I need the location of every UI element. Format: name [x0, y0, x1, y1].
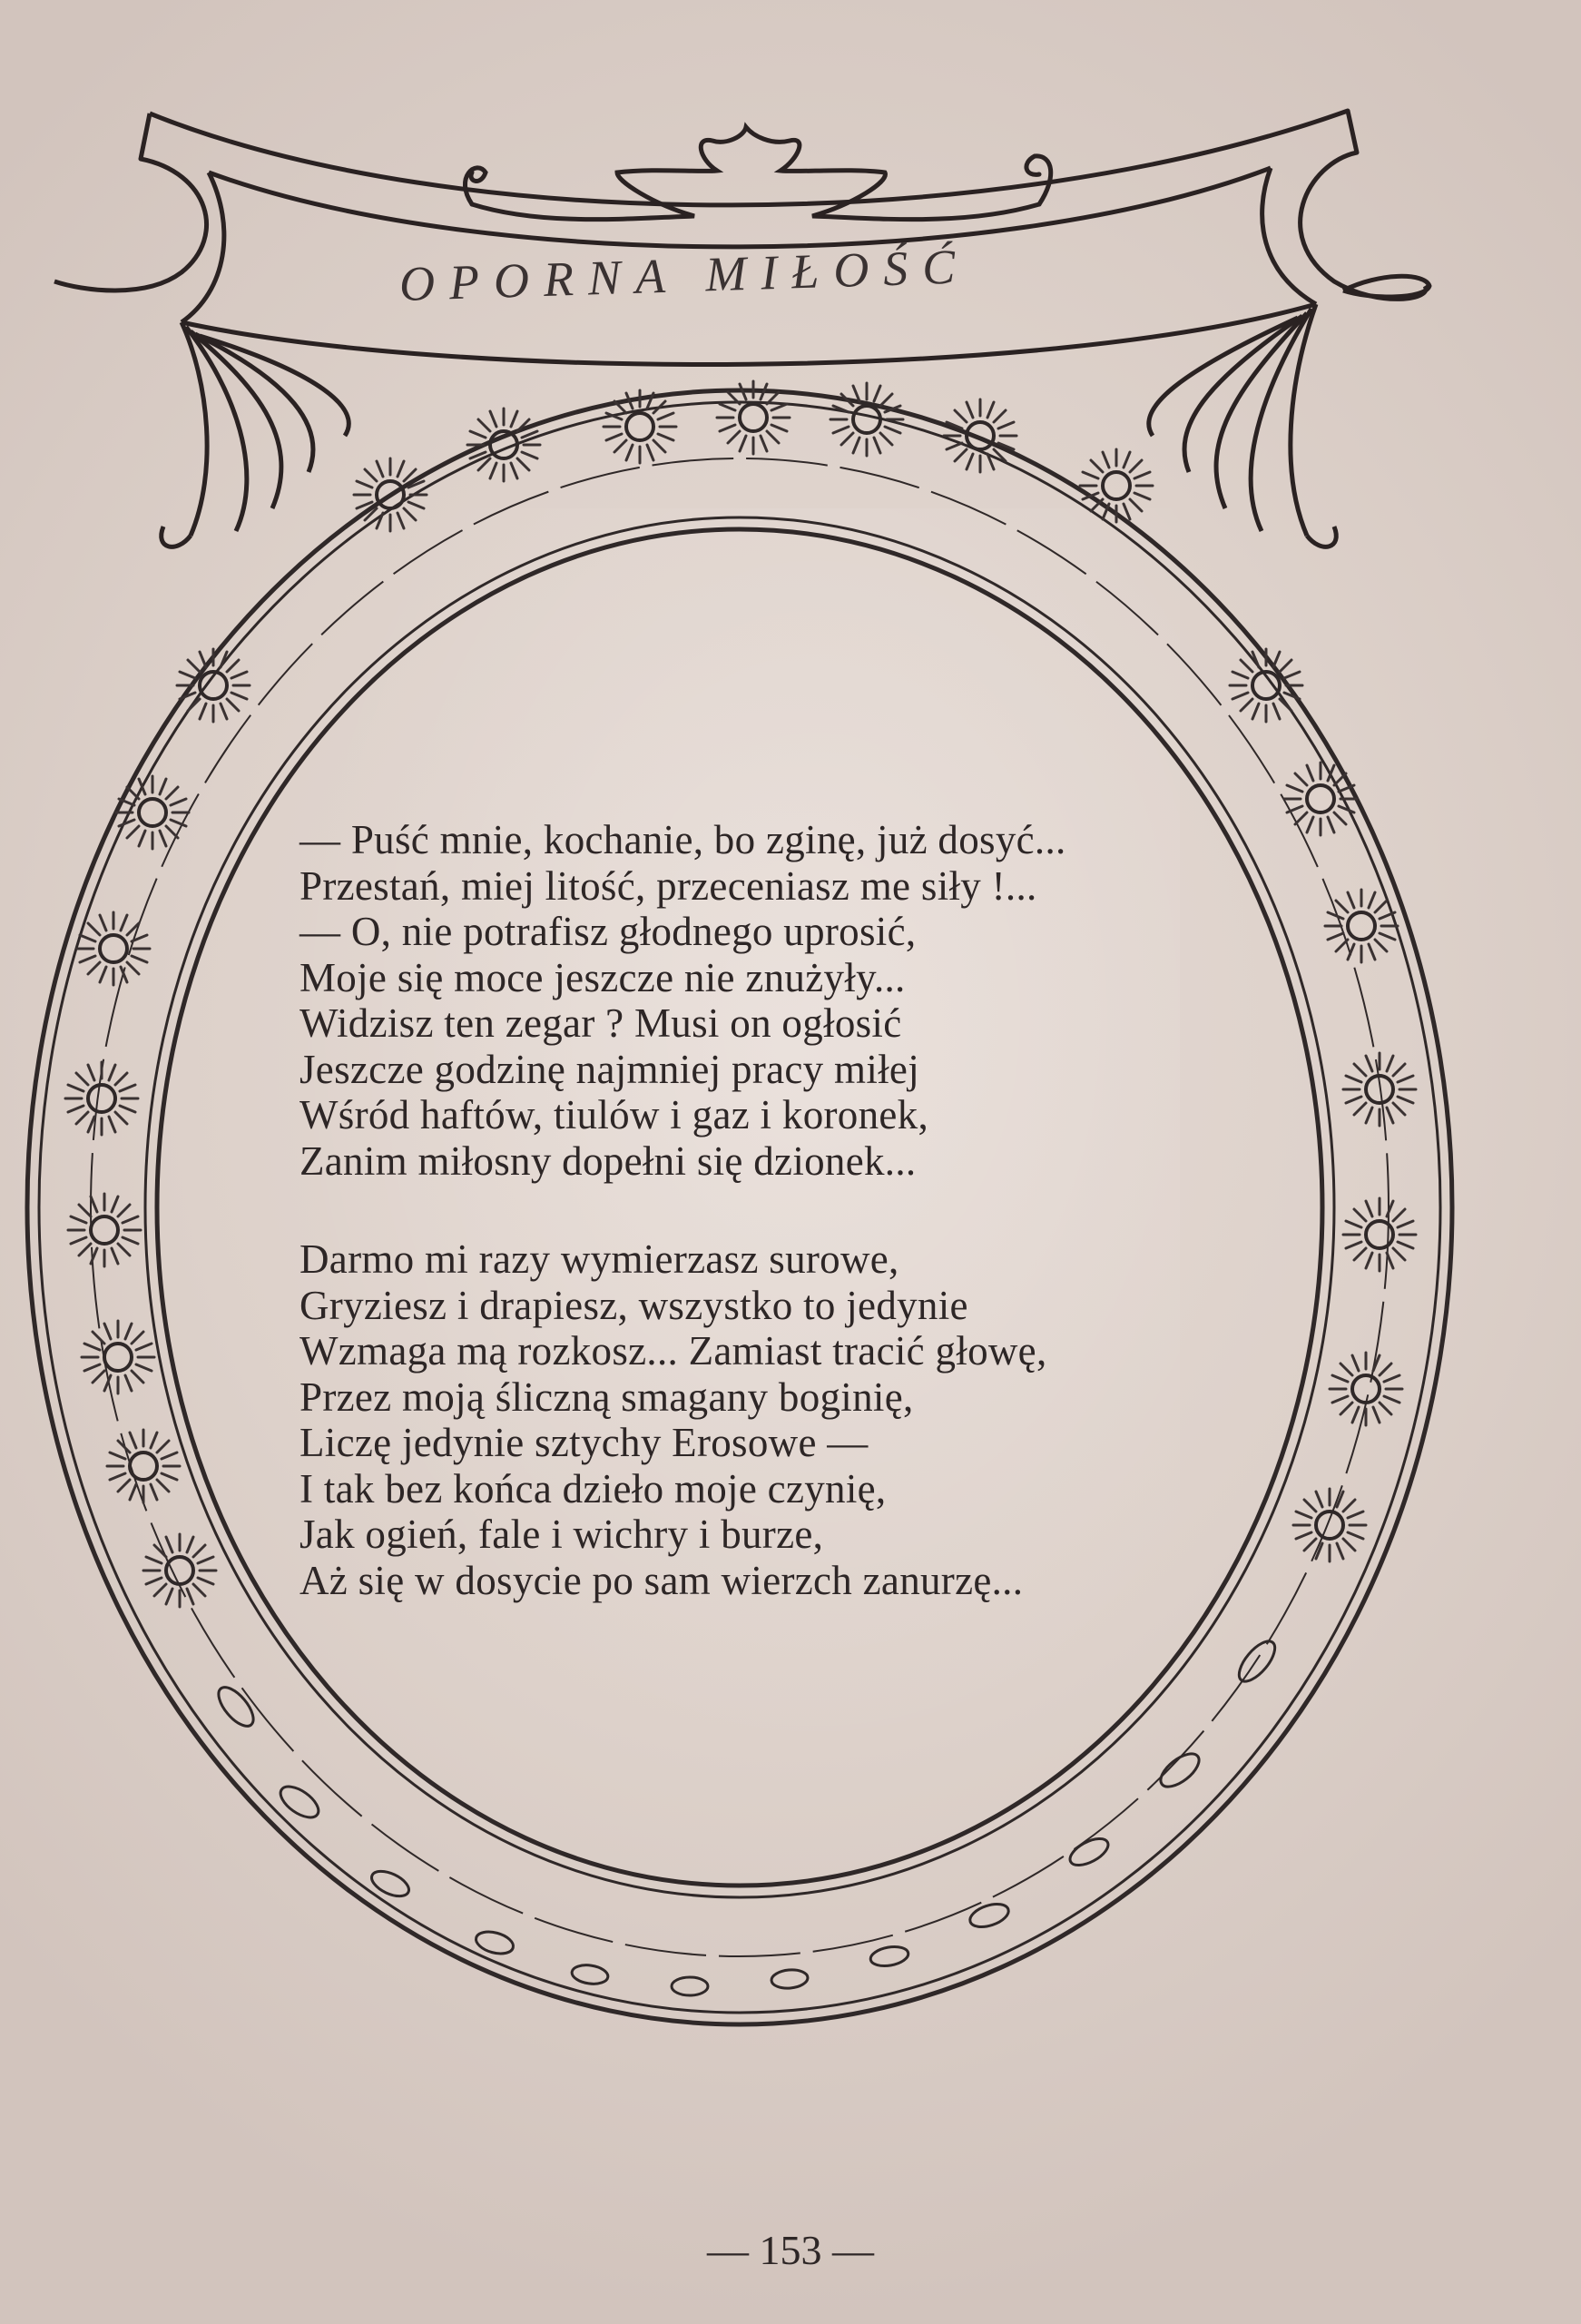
poem-line: Wzmaga mą rozkosz... Zamiast tracić głow…	[300, 1328, 1207, 1374]
stanza-2: Darmo mi razy wymierzasz surowe, Gryzies…	[300, 1236, 1207, 1603]
poem-line: — Puść mnie, kochanie, bo zginę, już dos…	[300, 817, 1207, 863]
poem-line: Widzisz ten zegar ? Musi on ogłosić	[300, 1000, 1207, 1047]
poem-line: Jeszcze godzinę najmniej pracy miłej	[300, 1047, 1207, 1093]
poem-line: Darmo mi razy wymierzasz surowe,	[300, 1236, 1207, 1283]
poem-line: Aż się w dosycie po sam wierzch zanurzę.…	[300, 1558, 1207, 1604]
poem-line: Liczę jedynie sztychy Erosowe —	[300, 1420, 1207, 1466]
scroll-banner-icon	[54, 111, 1429, 547]
poem-line: Przez moją śliczną smagany boginię,	[300, 1374, 1207, 1421]
poem-line: I tak bez końca dzieło moje czynię,	[300, 1466, 1207, 1512]
poem-line: Moje się moce jeszcze nie znużyły...	[300, 955, 1207, 1001]
poem-line: Jak ogień, fale i wichry i burze,	[300, 1512, 1207, 1558]
poem-line: Zanim miłosny dopełni się dzionek...	[300, 1138, 1207, 1185]
book-page: OPORNA MIŁOŚĆ — Puść mnie, kochanie, bo …	[0, 0, 1581, 2324]
page-number: — 153 —	[0, 2226, 1581, 2274]
poem-line: — O, nie potrafisz głodnego uprosić,	[300, 909, 1207, 955]
poem-line: Gryziesz i drapiesz, wszystko to jedynie	[300, 1283, 1207, 1329]
poem-body: — Puść mnie, kochanie, bo zginę, już dos…	[300, 817, 1207, 1656]
stanza-1: — Puść mnie, kochanie, bo zginę, już dos…	[300, 817, 1207, 1184]
poem-line: Wśród haftów, tiulów i gaz i koronek,	[300, 1092, 1207, 1138]
poem-line: Przestań, miej litość, przeceniasz me si…	[300, 863, 1207, 910]
